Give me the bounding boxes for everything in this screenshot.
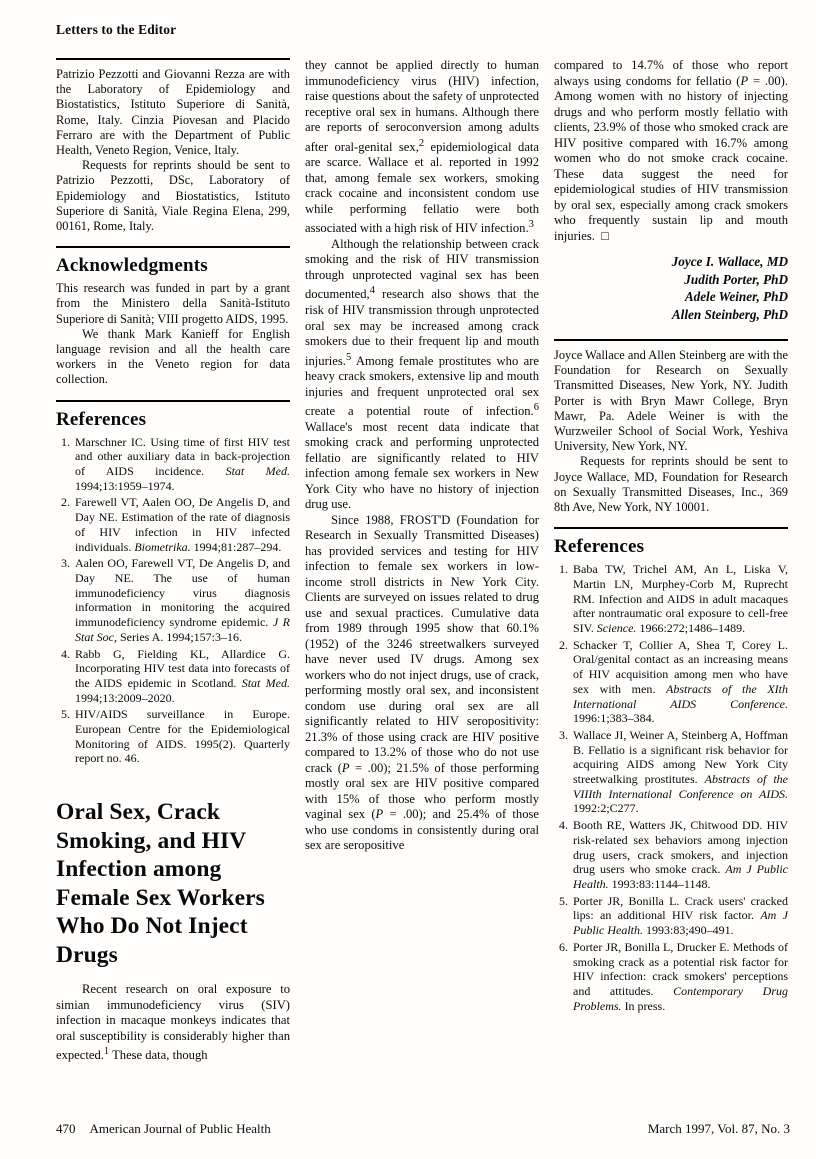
acknowledgments-heading: Acknowledgments <box>56 255 290 277</box>
letter1-affiliation-note: Patrizio Pezzotti and Giovanni Rezza are… <box>56 67 290 158</box>
section-rule <box>56 400 290 402</box>
letter2-affiliation-note: Joyce Wallace and Allen Steinberg are wi… <box>554 348 788 454</box>
reference-item: Porter JR, Bonilla L, Drucker E. Methods… <box>571 940 788 1014</box>
article-paragraph: Recent research on oral exposure to simi… <box>56 982 290 1064</box>
letter2-reprints-note: Requests for reprints should be sent to … <box>554 454 788 515</box>
article-paragraph: Although the relationship between crack … <box>305 237 539 513</box>
column-3: compared to 14.7% of those who report al… <box>554 58 788 1064</box>
reference-item: Porter JR, Bonilla L. Crack users' crack… <box>571 894 788 938</box>
author-signature: Judith Porter, PhD <box>554 271 788 289</box>
journal-page: Letters to the Editor Patrizio Pezzotti … <box>0 0 816 1159</box>
author-signature: Joyce I. Wallace, MD <box>554 253 788 271</box>
article-paragraph: they cannot be applied directly to human… <box>305 58 539 237</box>
running-head: Letters to the Editor <box>56 22 176 38</box>
author-signature: Allen Steinberg, PhD <box>554 306 788 324</box>
letter1-reprints-note: Requests for reprints should be sent to … <box>56 158 290 234</box>
acknowledgments-paragraph: This research was funded in part by a gr… <box>56 281 290 327</box>
reference-item: HIV/AIDS surveillance in Europe. Europea… <box>73 707 290 766</box>
page-number: 470 <box>56 1121 76 1136</box>
reference-item: Booth RE, Watters JK, Chitwood DD. HIV r… <box>571 818 788 892</box>
reference-item: Rabb G, Fielding KL, Allardice G. Incorp… <box>73 647 290 706</box>
reference-item: Marschner IC. Using time of first HIV te… <box>73 435 290 494</box>
journal-name: American Journal of Public Health <box>90 1121 271 1136</box>
section-rule <box>554 339 788 341</box>
article-paragraph: compared to 14.7% of those who report al… <box>554 58 788 244</box>
column-2: they cannot be applied directly to human… <box>305 58 539 1064</box>
author-signature: Adele Weiner, PhD <box>554 288 788 306</box>
article-title: Oral Sex, Crack Smoking, and HIV Infecti… <box>56 798 290 969</box>
references-list: Baba TW, Trichel AM, An L, Liska V, Mart… <box>554 562 788 1013</box>
references-list: Marschner IC. Using time of first HIV te… <box>56 435 290 766</box>
references-heading: References <box>56 409 290 431</box>
issue-info: March 1997, Vol. 87, No. 3 <box>648 1121 790 1137</box>
reference-item: Wallace JI, Weiner A, Steinberg A, Hoffm… <box>571 728 788 816</box>
reference-item: Schacker T, Collier A, Shea T, Corey L. … <box>571 638 788 726</box>
column-1: Patrizio Pezzotti and Giovanni Rezza are… <box>56 58 290 1064</box>
author-signatures: Joyce I. Wallace, MD Judith Porter, PhD … <box>554 253 788 323</box>
page-footer: 470American Journal of Public Health Mar… <box>56 1121 790 1137</box>
reference-item: Baba TW, Trichel AM, An L, Liska V, Mart… <box>571 562 788 636</box>
section-rule <box>56 58 290 60</box>
reference-item: Farewell VT, Aalen OO, De Angelis D, and… <box>73 495 290 554</box>
section-rule <box>554 527 788 529</box>
references-heading: References <box>554 536 788 558</box>
article-paragraph: Since 1988, FROST'D (Foundation for Rese… <box>305 513 539 854</box>
section-rule <box>56 246 290 248</box>
reference-item: Aalen OO, Farewell VT, De Angelis D, and… <box>73 556 290 644</box>
acknowledgments-paragraph: We thank Mark Kanieff for English langua… <box>56 327 290 388</box>
three-column-layout: Patrizio Pezzotti and Giovanni Rezza are… <box>56 58 788 1064</box>
footer-left: 470American Journal of Public Health <box>56 1121 271 1137</box>
